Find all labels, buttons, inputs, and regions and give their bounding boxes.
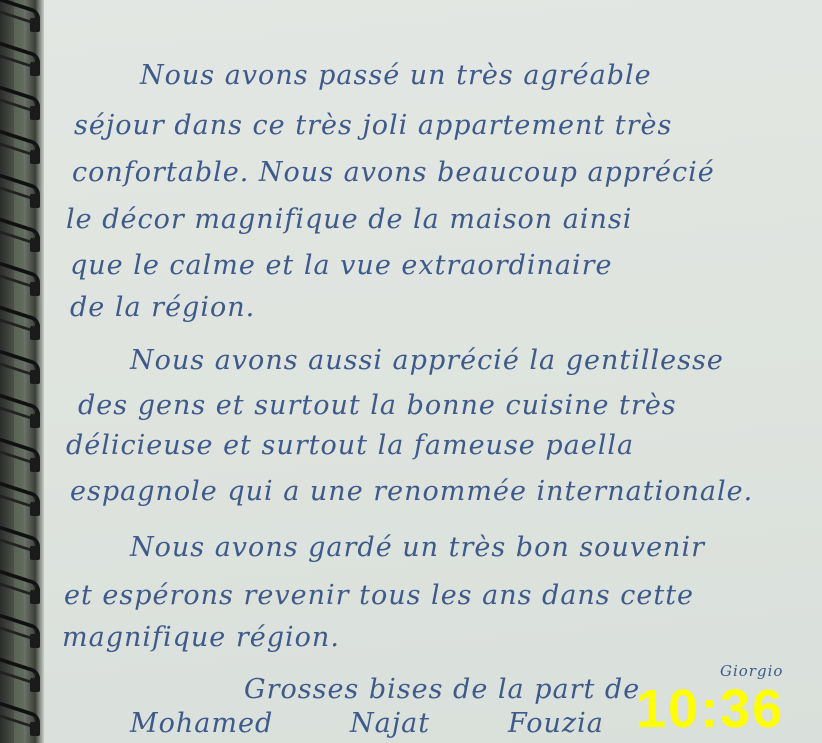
punch-hole — [30, 18, 40, 32]
punch-hole — [30, 238, 40, 252]
punch-hole — [30, 62, 40, 76]
letter-line: magnifique région. — [62, 622, 340, 653]
letter-line: Nous avons aussi apprécié la gentillesse — [130, 345, 724, 376]
letter-line: le décor magnifique de la maison ainsi — [66, 204, 632, 235]
letter-line: que le calme et la vue extraordinaire — [70, 250, 613, 281]
letter-line: séjour dans ce très joli appartement trè… — [74, 110, 672, 141]
punch-hole — [30, 106, 40, 120]
signature: Mohamed — [130, 708, 273, 739]
signature: Fouzia — [508, 708, 604, 739]
punch-hole — [30, 634, 40, 648]
letter-closing: Grosses bises de la part de — [244, 674, 640, 705]
punch-hole — [30, 546, 40, 560]
letter-line: et espérons revenir tous les ans dans ce… — [64, 580, 694, 611]
letter-line: de la région. — [70, 292, 255, 323]
timestamp-overlay: 10:36 — [636, 682, 784, 736]
punch-hole — [30, 458, 40, 472]
letter-line: Nous avons passé un très agréable — [140, 60, 652, 91]
punch-hole — [30, 326, 40, 340]
letter-line: espagnole qui a une renommée internation… — [70, 476, 753, 507]
spiral-binding — [0, 0, 44, 743]
punch-hole — [30, 722, 40, 736]
punch-hole — [30, 502, 40, 516]
letter-line: délicieuse et surtout la fameuse paella — [66, 430, 634, 461]
letter-line: confortable. Nous avons beaucoup appréci… — [72, 157, 715, 188]
punch-hole — [30, 194, 40, 208]
punch-hole — [30, 150, 40, 164]
closing-extra-name: Giorgio — [720, 662, 783, 680]
punch-hole — [30, 590, 40, 604]
punch-hole — [30, 678, 40, 692]
signature: Najat — [350, 708, 430, 739]
punch-hole — [30, 370, 40, 384]
punch-hole — [30, 414, 40, 428]
punch-hole — [30, 282, 40, 296]
notebook-page: Nous avons passé un très agréable séjour… — [0, 0, 822, 743]
letter-line: des gens et surtout la bonne cuisine trè… — [78, 390, 677, 421]
letter-line: Nous avons gardé un très bon souvenir — [130, 532, 705, 563]
